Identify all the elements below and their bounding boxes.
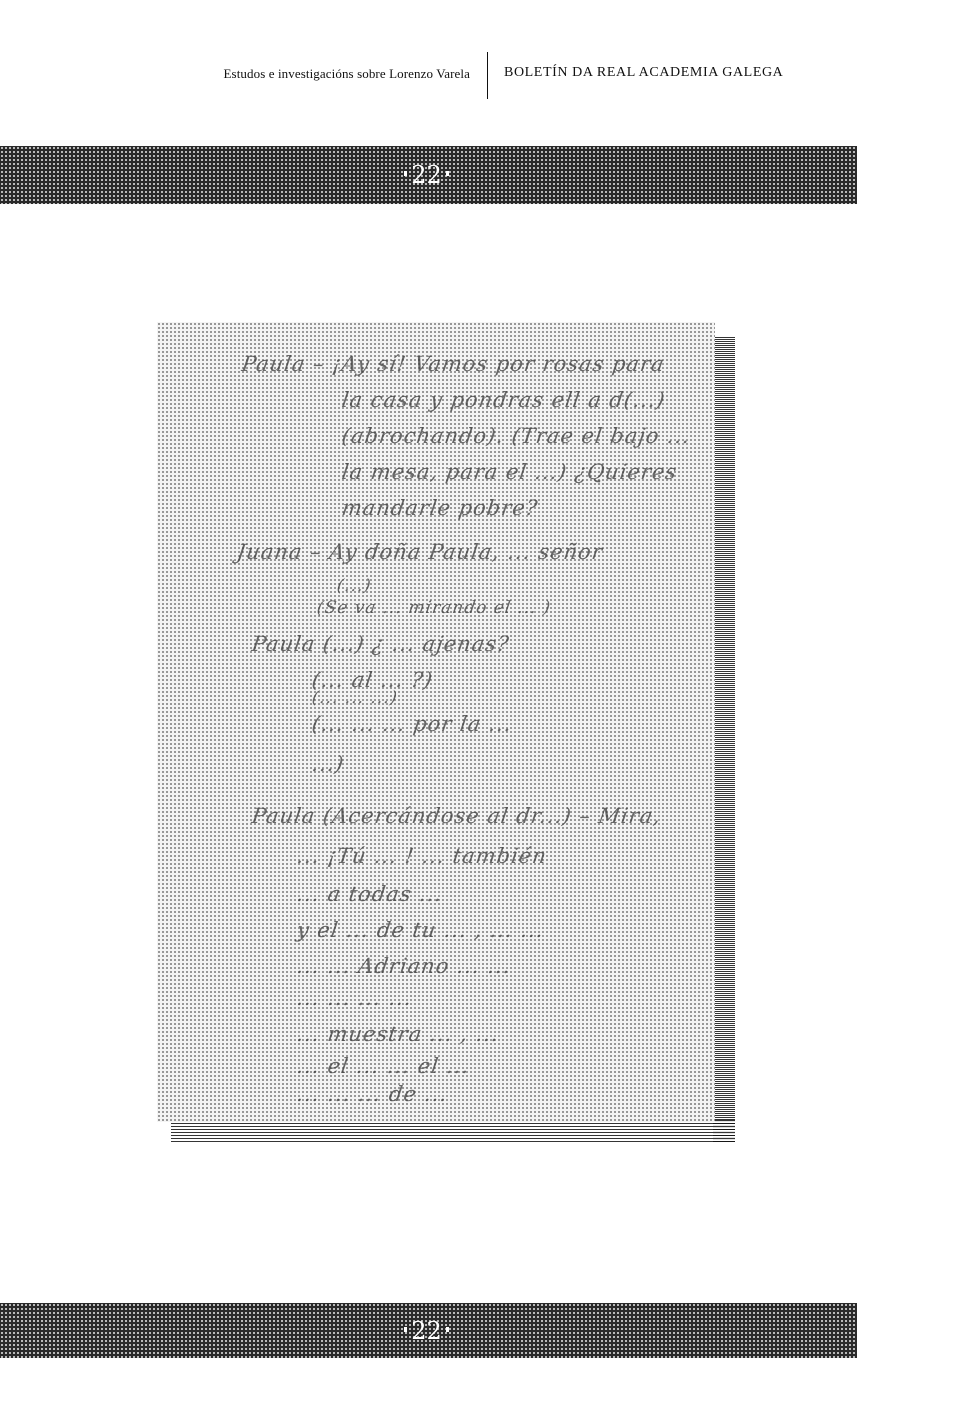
handwritten-line: ... ... ... ... bbox=[295, 986, 414, 1010]
handwritten-line: ...) bbox=[310, 752, 346, 776]
handwritten-line: mandarle pobre? bbox=[340, 496, 539, 520]
journal-title: BOLETÍN DA REAL ACADEMIA GALEGA bbox=[504, 65, 783, 81]
page-number-bottom: 22 bbox=[411, 1317, 442, 1345]
handwritten-line: ... ... ... ... bbox=[295, 1108, 414, 1122]
series-title: Estudos e investigacións sobre Lorenzo V… bbox=[224, 66, 471, 82]
page-number-top: 22 bbox=[411, 161, 442, 189]
handwritten-line: ... ... Adriano ... ... bbox=[295, 954, 512, 978]
handwritten-line: Paula (Acercándose al dr...) – Mira, bbox=[250, 804, 662, 828]
handwritten-line: Paula – ¡Ay sí! Vamos por rosas para bbox=[240, 352, 666, 376]
handwritten-line: la casa y pondras ell a d(...) bbox=[340, 388, 667, 412]
handwritten-line: (Se va ... mirando el ... ) bbox=[316, 598, 553, 618]
handwritten-line: Paula (...) ¿ ... ajenas? bbox=[250, 632, 511, 656]
handwritten-line: ... muestra ... , ... bbox=[295, 1022, 500, 1046]
handwritten-line: y el ... de tu ... , ... ... bbox=[295, 918, 545, 942]
handwritten-line: la mesa, para el ...) ¿Quieres bbox=[340, 460, 679, 484]
handwritten-line: (... ... ... por la ... bbox=[310, 712, 513, 736]
handwritten-line: ... ¡Tú ... ! ... también bbox=[295, 844, 548, 868]
manuscript-figure: Paula – ¡Ay sí! Vamos por rosas para la … bbox=[157, 322, 737, 1142]
handwritten-line: (... ... ...) bbox=[311, 688, 400, 708]
footer-page-band: 22 bbox=[0, 1303, 857, 1358]
handwritten-line: (...) bbox=[336, 576, 373, 596]
running-head: Estudos e investigacións sobre Lorenzo V… bbox=[0, 52, 975, 100]
figure-shadow-right bbox=[713, 336, 735, 1142]
handwritten-line: ... el ... ... el ... bbox=[295, 1054, 471, 1078]
handwritten-line: Juana – Ay doña Paula, ... señor bbox=[235, 540, 604, 564]
header-page-band: 22 bbox=[0, 146, 857, 204]
manuscript-scan-image: Paula – ¡Ay sí! Vamos por rosas para la … bbox=[157, 322, 715, 1122]
figure-shadow-bottom bbox=[171, 1120, 735, 1142]
header-divider bbox=[487, 52, 488, 99]
handwritten-line: ... ... ... de ... bbox=[295, 1082, 449, 1106]
handwritten-line: (abrochando). (Trae el bajo ... bbox=[340, 424, 692, 448]
handwritten-line: ... a todas ... bbox=[295, 882, 444, 906]
